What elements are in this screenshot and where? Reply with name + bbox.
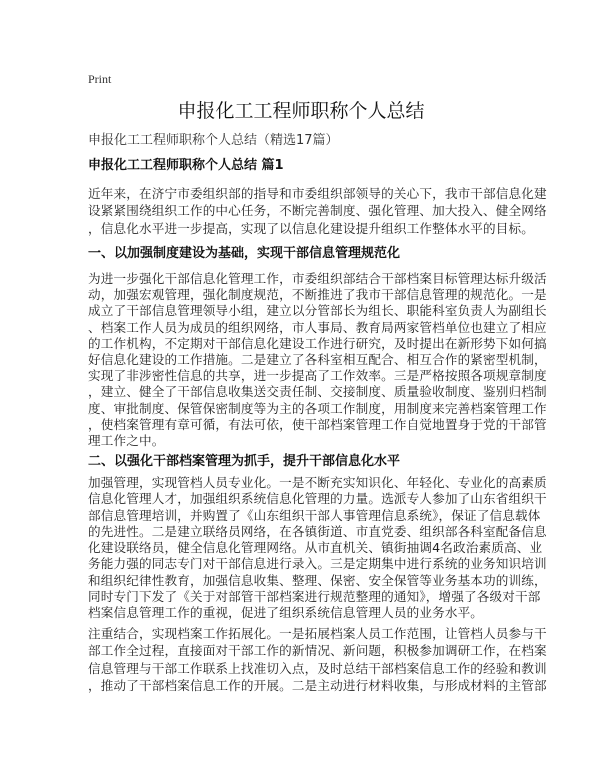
document-subtitle: 申报化工工程师职称个人总结（精选17篇） (88, 132, 339, 149)
paragraph-line: 注重结合，实现档案工作拓展化。一是拓展档案人员工作范围，让管档人员参与干 (88, 625, 514, 642)
paragraph-line: 度、审批制度、保管保密制度等为主的各项工作制度，用制度来完善档案管理工作 (88, 401, 514, 417)
article-heading: 申报化工工程师职称个人总结 篇1 (88, 157, 284, 174)
section-heading-2: 二、以强化干部档案管理为抓手，提升干部信息化水平 (88, 453, 400, 470)
paragraph-line: 的先进性。二是建立联络员网络，在各镇街道、市直党委、组织部各科室配备信息 (88, 524, 514, 540)
paragraph-line: 为进一步强化干部信息化管理工作，市委组织部结合干部档案目标管理达标升级活 (88, 271, 514, 287)
paragraph-line: 理工作之中。 (88, 433, 514, 449)
paragraph-3: 加强管理，实现管档人员专业化。一是不断充实知识化、年轻化、专业化的高素质 信息化… (88, 475, 514, 622)
paragraph-line: 务能力强的同志专门对干部信息进行录入。三是定期集中进行系统的业务知识培训 (88, 556, 514, 572)
paragraph-line: 好信息化建设的工作措施。二是建立了各科室相互配合、相互合作的紧密型机制， (88, 352, 514, 368)
document-title: 申报化工工程师职称个人总结 (88, 99, 514, 123)
paragraph-line: 部信息管理培训，并购置了《山东组织干部人事管理信息系统》，保证了信息载体 (88, 508, 514, 524)
paragraph-line: 、档案工作人员为成员的组织网络，市人事局、教育局两家管档单位也建立了相应 (88, 320, 514, 336)
paragraph-line: ，建立、健全了干部信息收集送交责任制、交接制度、质量验收制度、鉴别归档制 (88, 384, 514, 400)
section-heading-1: 一、以加强制度建设为基础，实现干部信息管理规范化 (88, 245, 400, 262)
paragraph-line: 和组织纪律性教育，加强信息收集、整理、保密、安全保管等业务基本功的训练， (88, 573, 514, 589)
paragraph-line: 化建设联络员，健全信息化管理网络。从市直机关、镇街抽调4名政治素质高、业 (88, 540, 514, 556)
paragraph-line: 档案信息管理工作的重视，促进了组织系统信息管理人员的业务水平。 (88, 605, 514, 621)
print-label[interactable]: Print (88, 71, 111, 87)
paragraph-2: 为进一步强化干部信息化管理工作，市委组织部结合干部档案目标管理达标升级活 动，加… (88, 271, 514, 449)
paragraph-line: 设紧紧围绕组织工作的中心任务，不断完善制度、强化管理、加大投入、健全网络 (88, 202, 514, 219)
paragraph-line: 加强管理，实现管档人员专业化。一是不断充实知识化、年轻化、专业化的高素质 (88, 475, 514, 491)
paragraph-line: 动，加强宏观管理，强化制度规范，不断推进了我市干部信息管理的规范化。一是 (88, 287, 514, 303)
paragraph-1: 近年来，在济宁市委组织部的指导和市委组织部领导的关心下，我市干部信息化建 设紧紧… (88, 185, 514, 237)
paragraph-4: 注重结合，实现档案工作拓展化。一是拓展档案人员工作范围，让管档人员参与干 部工作… (88, 625, 514, 695)
paragraph-line: 信息化管理人才，加强组织系统信息化管理的力量。选派专人参加了山东省组织干 (88, 491, 514, 507)
paragraph-line: ，推动了干部档案信息工作的开展。二是主动进行材料收集，与形成材料的主管部 (88, 677, 514, 694)
paragraph-line: 的工作机构，不定期对干部信息化建设工作进行研究，及时提出在新形势下如何搞 (88, 336, 514, 352)
paragraph-line: 信息管理与干部工作联系上找准切入点，及时总结干部档案信息工作的经验和教训 (88, 660, 514, 677)
paragraph-line: ，使档案管理有章可循，有法可依，使干部档案管理工作自觉地置身于党的干部管 (88, 417, 514, 433)
paragraph-line: 同时专门下发了《关于对部管干部档案进行规范整理的通知》，增强了各级对干部 (88, 589, 514, 605)
paragraph-line: 近年来，在济宁市委组织部的指导和市委组织部领导的关心下，我市干部信息化建 (88, 185, 514, 202)
paragraph-line: ，信息化水平进一步提高，实现了以信息化建设提升组织工作整体水平的目标。 (88, 220, 514, 237)
paragraph-line: 成立了干部信息管理领导小组，建立以分管部长为组长、职能科室负责人为副组长 (88, 303, 514, 319)
paragraph-line: 部工作全过程，直接面对干部工作的新情况、新问题，积极参加调研工作，在档案 (88, 642, 514, 659)
paragraph-line: 实现了非涉密性信息的共享，进一步提高了工作效率。三是严格按照各项规章制度 (88, 368, 514, 384)
